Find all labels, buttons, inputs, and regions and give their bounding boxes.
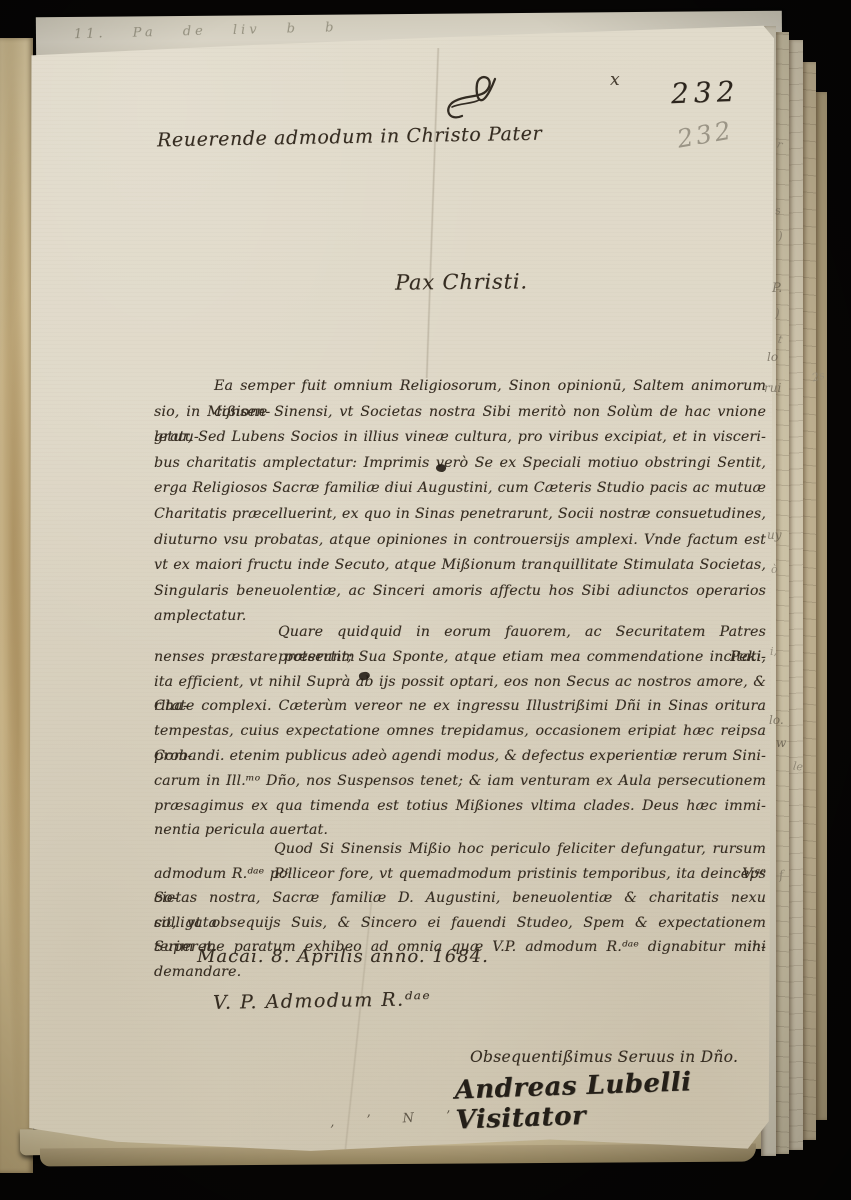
manuscript-page: x 232 232 Reuerende admodum in Christo P… (27, 20, 774, 1160)
photograph-of-manuscript: 11. Pa de liv b b r s ) P. ) t lo rui 2s… (0, 0, 851, 1200)
closing-address: V. P. Admodum R.ᵈᵃᵉ (213, 988, 432, 1014)
binding-edge-left (0, 38, 33, 1173)
text-line: sit, vt obsequijs Suis, & Sincero ei fau… (154, 911, 766, 936)
text-line: cietas nostra, Sacræ familiæ D. Augustin… (154, 886, 766, 911)
signature-andreas-lubelli: Andreas Lubelli Visitator (454, 1064, 775, 1135)
text-line: sio, in Mißione Sinensi, vt Societas nos… (154, 400, 766, 426)
text-line: nenses præstare poterunt; Sua Sponte, at… (154, 645, 766, 670)
text-line: bus charitatis amplectatur: Imprimis ver… (154, 451, 766, 477)
stacked-page-edge (776, 32, 789, 1154)
edge-text-fragment: lo. (769, 713, 784, 727)
edge-text-fragment: uy (767, 528, 782, 542)
text-line: præsagimus ex qua timenda est totius Miß… (154, 794, 766, 819)
pencil-scribble-fragment: 11. Pa de liv b b (74, 20, 338, 42)
edge-text-fragment: ) (778, 229, 783, 243)
edge-text-fragment: i, (770, 645, 777, 658)
underlying-page-bottom-edge (40, 1144, 756, 1167)
salutation-line: Reuerende admodum in Christo Pater (157, 123, 543, 152)
folio-number-pencil: 232 (675, 115, 736, 153)
closing-formula: Obsequentißimus Seruus in Dño. (470, 1048, 738, 1066)
text-line: admodum R.ᵈᵃᵉ polliceor fore, vt quemadm… (154, 862, 766, 887)
edge-text-fragment: ) (775, 306, 780, 320)
text-line: Charitatis præcelluerint, ex quo in Sina… (154, 502, 766, 528)
folio-number-ink: 232 (670, 75, 740, 110)
text-line: Singularis beneuolentiæ, ac Sinceri amor… (154, 579, 766, 605)
text-line: carum in Ill.ᵐᵒ Dño, nos Suspensos tenet… (154, 769, 766, 794)
check-x-mark: x (610, 70, 620, 90)
text-line: erga Religiosos Sacræ familiæ diui Augus… (154, 476, 766, 502)
paragraph-3: Quod Si Sinensis Mißio hoc periculo feli… (154, 837, 766, 960)
text-line: diuturno vsu probatas, atque opiniones i… (154, 528, 766, 554)
edge-text-fragment: le (792, 760, 803, 774)
text-line: vt ex maiori fructu inde Secuto, atque M… (154, 553, 766, 579)
paragraph-2: Quare quidquid in eorum fauorem, ac Secu… (154, 620, 766, 843)
text-line: ita efficient, vt nihil Suprà ab ijs pos… (154, 670, 766, 695)
greeting-pax-christi: Pax Christi. (395, 269, 528, 294)
stacked-page-edge (803, 62, 816, 1140)
edge-text-fragment: lo (767, 350, 778, 364)
paragraph-1: Ea semper fuit omnium Religiosorum, Sino… (154, 374, 766, 630)
text-line: probandi. etenim publicus adeò agendi mo… (154, 744, 766, 769)
stacked-page-edge (789, 40, 803, 1150)
edge-text-fragment: w (776, 736, 786, 750)
text-line: Ea semper fuit omnium Religiosorum, Sino… (154, 374, 766, 400)
edge-text-fragment: ò (771, 563, 778, 576)
edge-text-fragment: rui (764, 381, 781, 395)
dateline-macau-1684: Macai. 8. Aprilis anno. 1684. (197, 946, 489, 967)
text-line: tempestas, cuius expectatione omnes trep… (154, 719, 766, 744)
text-line: ritate complexi. Cæterùm vereor ne ex in… (154, 694, 766, 719)
stacked-page-edge (816, 92, 827, 1120)
text-line: letur, Sed Lubens Socios in illius vineæ… (154, 425, 766, 451)
text-line: Quare quidquid in eorum fauorem, ac Secu… (154, 620, 766, 645)
text-line: Quod Si Sinensis Mißio hoc periculo feli… (154, 837, 766, 862)
edge-text-fragment: P. (772, 281, 782, 296)
edge-text-fragment: s (774, 204, 781, 218)
